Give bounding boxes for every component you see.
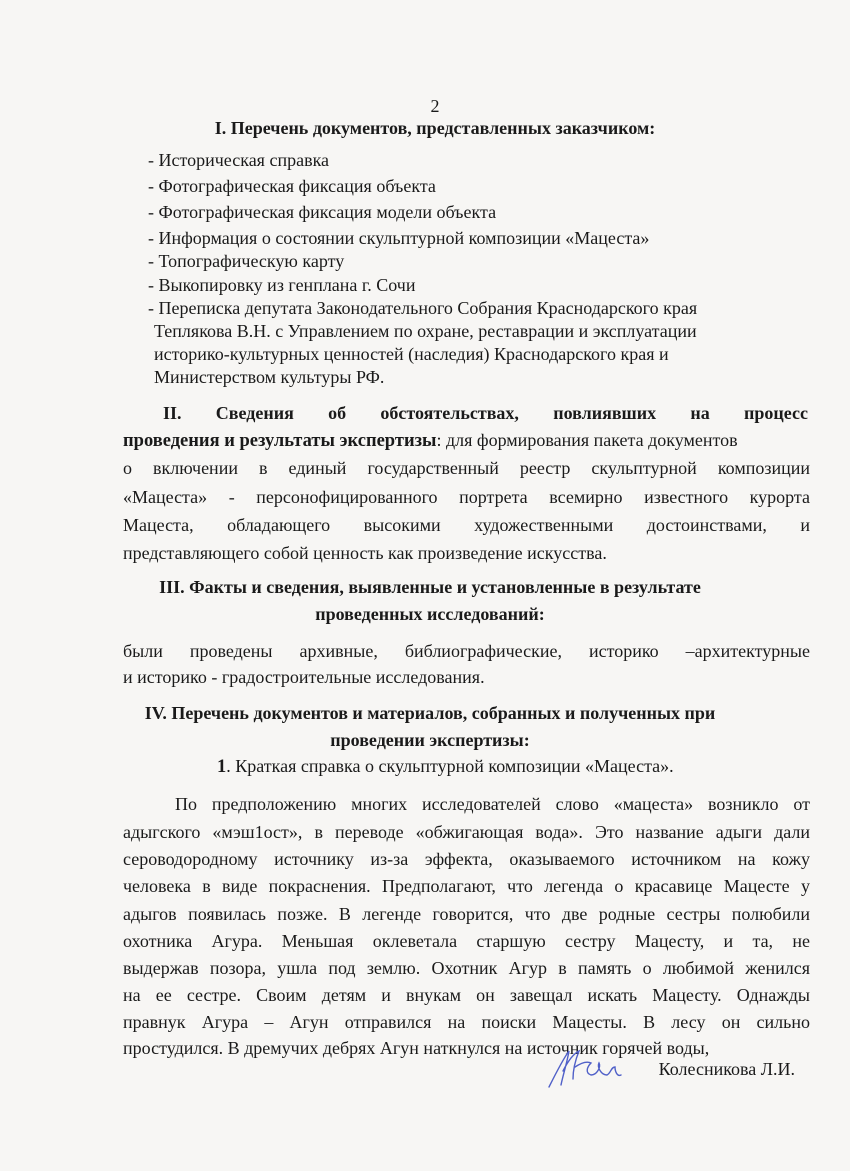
section1-item: - Информация о состоянии скульптурной ко… — [148, 228, 649, 249]
section1-item: - Фотографическая фиксация модели объект… — [148, 202, 496, 223]
paragraph-line: адыгов появилась позже. В легенде говори… — [123, 904, 810, 925]
paragraph-line: выдержав позора, ушла под землю. Охотник… — [123, 958, 810, 979]
section3-heading: III. Факты и сведения, выявленные и уста… — [5, 577, 850, 598]
signature-block: Колесникова Л.И. — [545, 1053, 795, 1093]
section1-item: - Историческая справка — [148, 150, 329, 171]
paragraph-line: охотника Агура. Меньшая оклеветала старш… — [123, 931, 810, 952]
section2-line: «Мацеста» - персонофицированного портрет… — [123, 487, 810, 508]
paragraph-line: человека в виде покраснения. Предполагаю… — [123, 876, 810, 897]
section1-item: - Фотографическая фиксация объекта — [148, 176, 436, 197]
section1-item: - Топографическую карту — [148, 251, 344, 272]
section1-heading: I. Перечень документов, представленных з… — [10, 118, 850, 139]
paragraph-line: правнук Агура – Агун отправился на поиск… — [123, 1012, 810, 1033]
handwritten-signature-icon — [545, 1045, 665, 1091]
paragraph-line: сероводородному источнику из-за эффекта,… — [123, 849, 810, 870]
section2-line: проведения и результаты экспертизы: для … — [123, 430, 810, 452]
page-number: 2 — [0, 96, 850, 117]
document-page: 2 I. Перечень документов, представленных… — [0, 0, 850, 1171]
section3-heading: проведенных исследований: — [5, 604, 850, 625]
section1-continuation: Теплякова В.Н. с Управлением по охране, … — [154, 321, 697, 342]
section1-continuation: историко-культурных ценностей (наследия)… — [154, 344, 669, 365]
section4-heading: проведении экспертизы: — [5, 730, 850, 751]
signatory-name: Колесникова Л.И. — [659, 1059, 795, 1080]
paragraph-line: адыгского «мэш1ост», в переводе «обжигаю… — [123, 822, 810, 843]
paragraph-line: По предположению многих исследователей с… — [175, 794, 810, 815]
section4-subheading: 1. Краткая справка о скульптурной композ… — [217, 756, 674, 778]
subheading-number: 1 — [217, 757, 226, 777]
section1-item: - Переписка депутата Законодательного Со… — [148, 298, 697, 319]
section4-heading: IV. Перечень документов и материалов, со… — [5, 703, 850, 724]
section2-heading: II. Сведения об обстоятельствах, повлияв… — [163, 403, 808, 424]
subheading-text: . Краткая справка о скульптурной компози… — [226, 756, 673, 776]
section2-heading-bold: проведения и результаты экспертизы — [123, 431, 436, 451]
section1-continuation: Министерством культуры РФ. — [154, 367, 384, 388]
section2-line: представляющего собой ценность как произ… — [123, 543, 607, 564]
section3-line: были проведены архивные, библиографическ… — [123, 641, 810, 662]
section2-line: о включении в единый государственный рее… — [123, 458, 810, 479]
section2-heading-rest: : для формирования пакета документов — [436, 430, 737, 450]
section1-item: - Выкопировку из генплана г. Сочи — [148, 275, 416, 296]
section2-line: Мацеста, обладающего высокими художестве… — [123, 515, 810, 536]
paragraph-line: на ее сестре. Своим детям и внукам он за… — [123, 985, 810, 1006]
section3-line: и историко - градостроительные исследова… — [123, 667, 485, 688]
